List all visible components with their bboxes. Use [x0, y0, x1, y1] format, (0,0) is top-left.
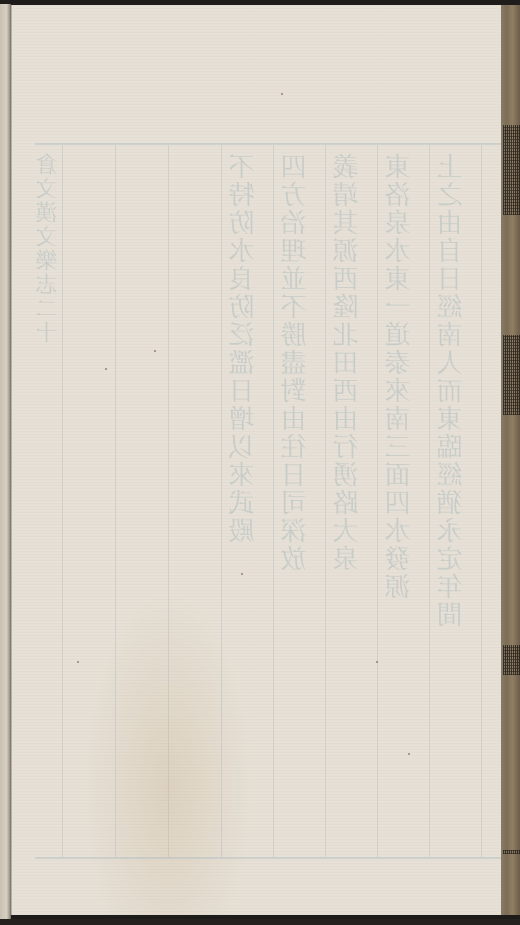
column-rule	[168, 145, 169, 857]
paper-speck	[154, 350, 156, 352]
stack-ink-mark	[503, 335, 520, 415]
stack-ink-mark	[503, 645, 520, 675]
show-through-column: 東洛泉水東一道泰來南三面四水發源	[385, 153, 415, 601]
column-rule	[481, 145, 482, 857]
scan-bottom-border	[0, 919, 520, 925]
paper-speck	[77, 661, 79, 663]
stack-ink-mark	[503, 125, 520, 215]
show-through-column: 倉文漢文樂志二十	[35, 153, 63, 345]
stack-ink-mark	[503, 850, 520, 854]
paper-speck	[281, 93, 283, 95]
column-rule	[221, 145, 222, 857]
page-stack-edge	[501, 5, 520, 915]
paper-speck	[408, 753, 410, 755]
column-rule	[377, 145, 378, 857]
show-through-column: 四方治理並不勝盡對由往日司深放	[281, 153, 311, 573]
paper-speck	[105, 368, 107, 370]
column-rule	[325, 145, 326, 857]
show-through-column: 不特防水良防泛濫日增以來武殿	[229, 153, 259, 545]
column-rule	[273, 145, 274, 857]
show-through-column: 上之由自日經南人而東臨經猶永定年間	[437, 153, 467, 629]
show-through-column: 義靖其源西隆北田西由行湧路大泉	[333, 153, 363, 573]
column-rule	[115, 145, 116, 857]
paper-speck	[241, 573, 243, 575]
paper-speck	[376, 661, 378, 663]
printed-frame-show-through: 上之由自日經南人而東臨經猶永定年間 東洛泉水東一道泰來南三面四水發源 義靖其源西…	[35, 143, 507, 859]
book-page: 上之由自日經南人而東臨經猶永定年間 東洛泉水東一道泰來南三面四水發源 義靖其源西…	[11, 5, 501, 915]
column-rule	[429, 145, 430, 857]
previous-page-edge	[0, 4, 11, 919]
